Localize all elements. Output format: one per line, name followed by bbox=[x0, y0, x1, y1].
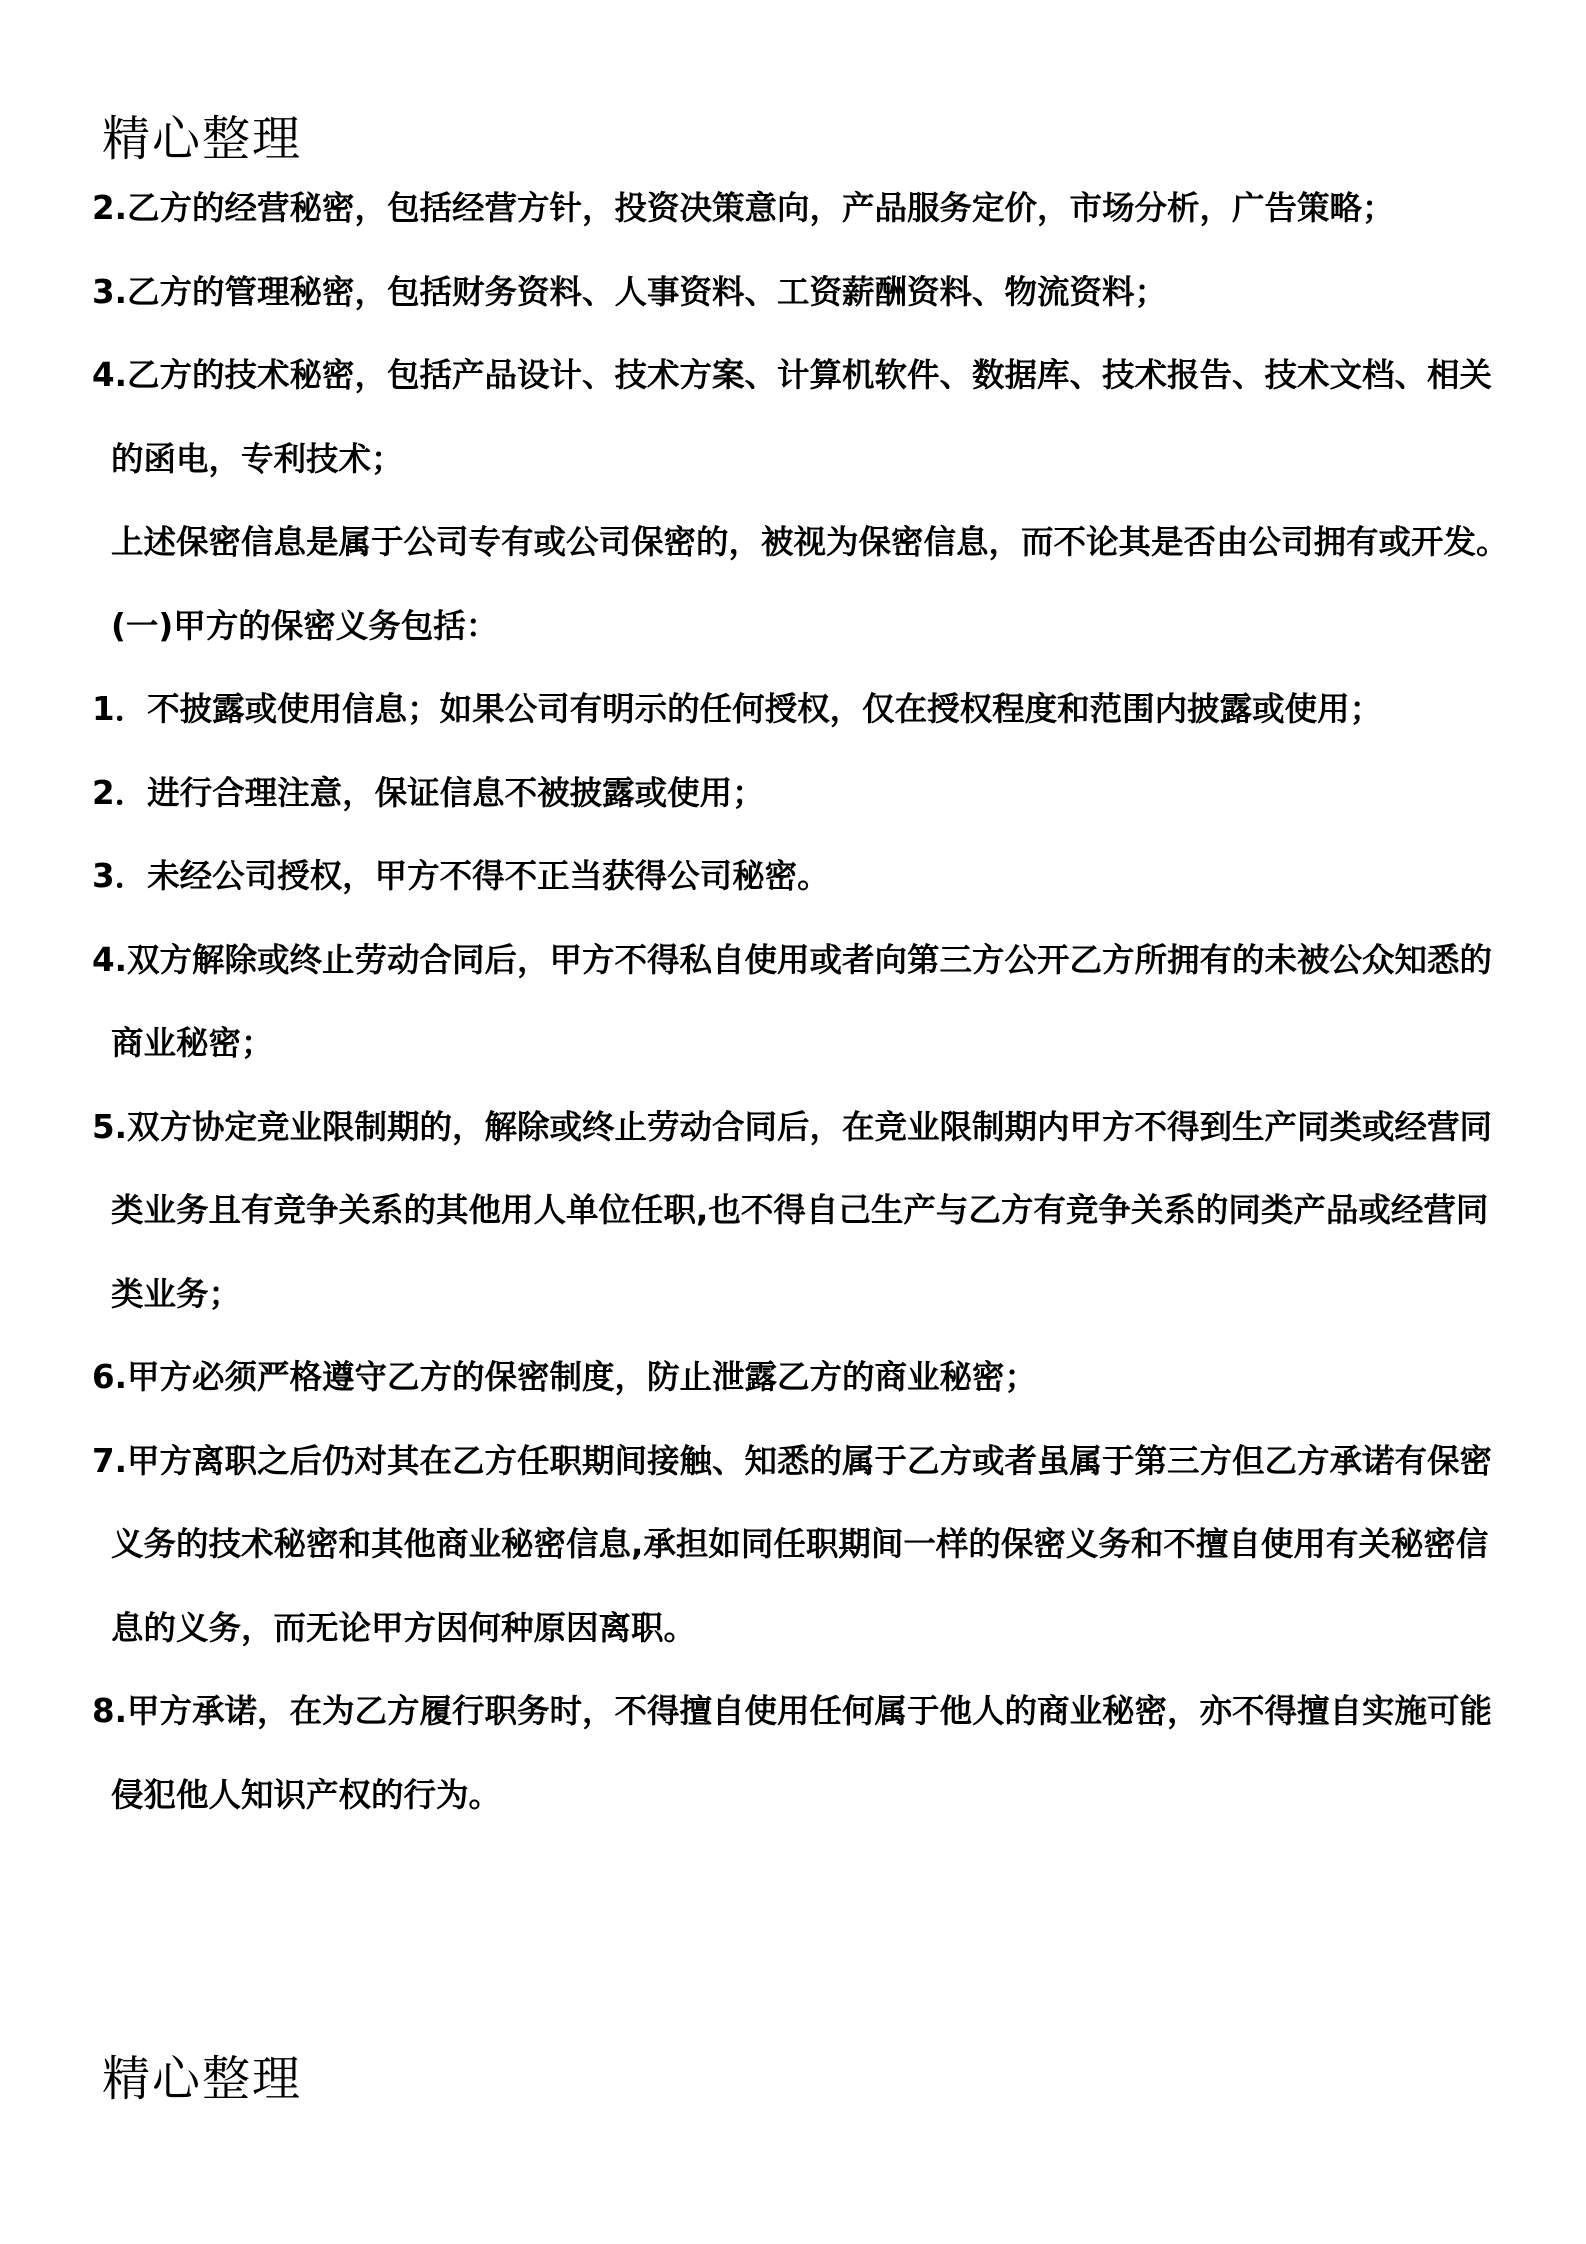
document-line: 1．不披露或使用信息；如果公司有明示的任何授权，仅在授权程度和范围内披露或使用； bbox=[92, 668, 1476, 752]
document-line: 4.双方解除或终止劳动合同后，甲方不得私自使用或者向第三方公开乙方所拥有的未被公… bbox=[92, 919, 1476, 1003]
document-line: 类业务； bbox=[111, 1253, 1476, 1337]
document-line: 类业务且有竞争关系的其他用人单位任职,也不得自己生产与乙方有竞争关系的同类产品或… bbox=[111, 1169, 1476, 1253]
document-line: 的函电，专利技术； bbox=[111, 418, 1476, 502]
document-line: 5.双方协定竞业限制期的，解除或终止劳动合同后，在竞业限制期内甲方不得到生产同类… bbox=[92, 1086, 1476, 1170]
document-line: 6.甲方必须严格遵守乙方的保密制度，防止泄露乙方的商业秘密； bbox=[92, 1336, 1476, 1420]
document-line: (一)甲方的保密义务包括： bbox=[111, 585, 1476, 669]
page-footer-watermark: 精心整理 bbox=[102, 2055, 302, 2103]
document-line: 3.乙方的管理秘密，包括财务资料、人事资料、工资薪酬资料、物流资料； bbox=[92, 251, 1476, 335]
document-line: 4.乙方的技术秘密，包括产品设计、技术方案、计算机软件、数据库、技术报告、技术文… bbox=[92, 334, 1476, 418]
document-line: 商业秘密； bbox=[111, 1002, 1476, 1086]
document-line: 3．未经公司授权，甲方不得不正当获得公司秘密。 bbox=[92, 835, 1476, 919]
document-line: 义务的技术秘密和其他商业秘密信息,承担如同任职期间一样的保密义务和不擅自使用有关… bbox=[111, 1503, 1476, 1587]
document-line: 7.甲方离职之后仍对其在乙方任职期间接触、知悉的属于乙方或者虽属于第三方但乙方承… bbox=[92, 1420, 1476, 1504]
document-line: 8.甲方承诺，在为乙方履行职务时，不得擅自使用任何属于他人的商业秘密，亦不得擅自… bbox=[92, 1670, 1476, 1754]
document-line: 息的义务，而无论甲方因何种原因离职。 bbox=[111, 1587, 1476, 1671]
page-header-watermark: 精心整理 bbox=[102, 115, 302, 163]
document-line: 2．进行合理注意，保证信息不被披露或使用； bbox=[92, 752, 1476, 836]
document-line: 侵犯他人知识产权的行为。 bbox=[111, 1754, 1476, 1838]
document-line: 上述保密信息是属于公司专有或公司保密的，被视为保密信息，而不论其是否由公司拥有或… bbox=[111, 501, 1476, 585]
document-text-block: 2.乙方的经营秘密，包括经营方针，投资决策意向，产品服务定价，市场分析，广告策略… bbox=[111, 167, 1476, 1837]
document-page: 精心整理 2.乙方的经营秘密，包括经营方针，投资决策意向，产品服务定价，市场分析… bbox=[0, 0, 1586, 2244]
document-line: 2.乙方的经营秘密，包括经营方针，投资决策意向，产品服务定价，市场分析，广告策略… bbox=[92, 167, 1476, 251]
